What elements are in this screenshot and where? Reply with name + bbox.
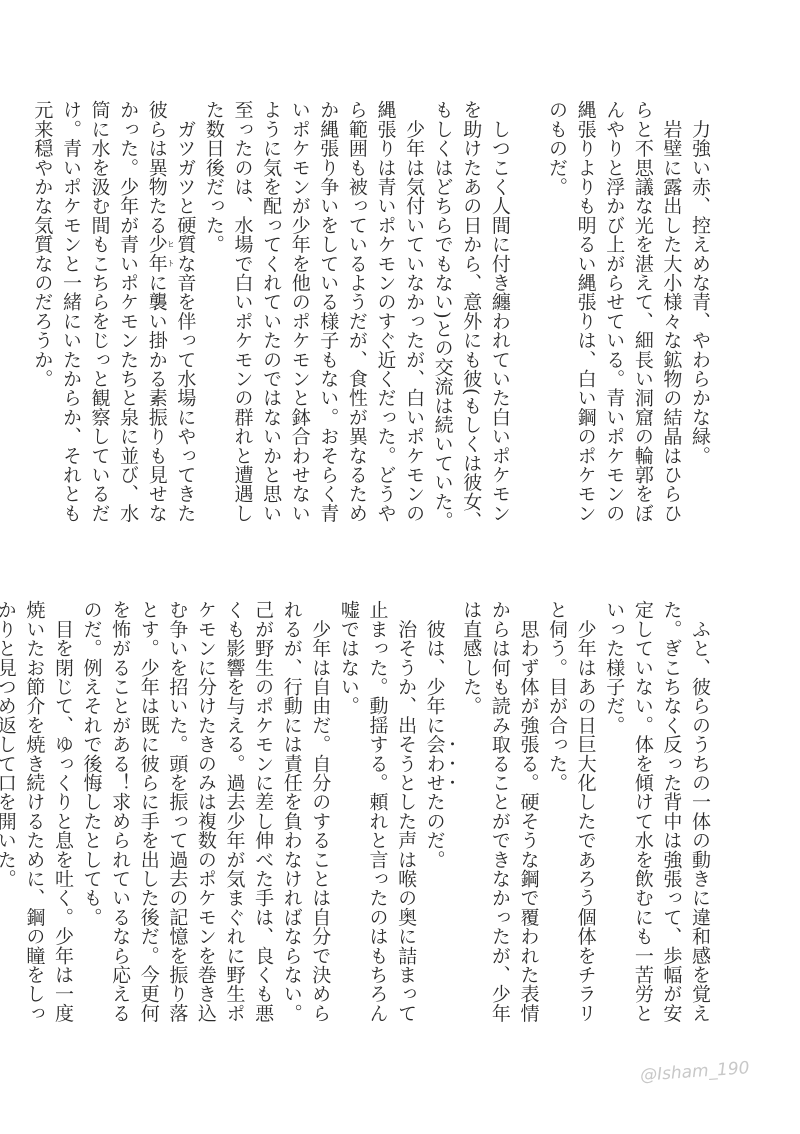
paragraph-with-emphasis: 彼は、少年に会わせたのだ。 [420, 600, 457, 1040]
paragraph: 岩壁に露出した大小様々な鉱物の結晶はひらひらと不思議な光を湛えて、細長い洞窟の輪… [542, 100, 685, 540]
text-segment: たのだ。 [424, 792, 446, 869]
text-segment: 彼は、少年に [424, 600, 446, 734]
text-block-bottom: ふと、彼らのうちの一体の動きに違和感を覚えた。ぎこちなく反った背中は強張って、歩… [104, 600, 714, 1040]
paragraph: 力強い赤、控えめな青、やわらかな緑。 [685, 100, 714, 540]
paragraph: 少年は自由だ。自分のすることは自分で決められるが、行動には責任を負わなければなら… [77, 600, 334, 1040]
paragraph: ふと、彼らのうちの一体の動きに違和感を覚えた。ぎこちなく反った背中は強張って、歩… [600, 600, 714, 1040]
paragraph: 思わず体が強張る。硬そうな鋼で覆われた表情からは何も読み取ることができなかったが… [457, 600, 543, 1040]
text-block-top: 力強い赤、控えめな青、やわらかな緑。 岩壁に露出した大小様々な鉱物の結晶はひらひ… [104, 100, 714, 540]
blank-line [514, 100, 543, 540]
paragraph: しつこく人間に付き纏われていた白いポケモンを助けたあの日から、意外にも彼(もしく… [428, 100, 514, 540]
ruby-reading: ヒト [166, 234, 175, 272]
author-signature: @Isham_190 [639, 1058, 750, 1086]
ruby-base: 少年 [146, 234, 168, 272]
paragraph: 目を閉じて、ゆっくりと息を吐く。少年は一度焼いたお節介を焼き続けるために、鋼の瞳… [0, 600, 77, 1040]
paragraph: 治そうか、出そうとした声は喉の奥に詰まって止まった。動揺する。頼れと言ったのはも… [334, 600, 420, 1040]
paragraph: 少年はあの日巨大化したであろう個体をチラリと伺う。目が合った。 [542, 600, 599, 1040]
ruby-annotation: 少年ヒト [146, 234, 168, 272]
manuscript-page: 力強い赤、控えめな青、やわらかな緑。 岩壁に露出した大小様々な鉱物の結晶はひらひ… [0, 0, 800, 1134]
emphasis-dots: 会わせ [424, 734, 446, 792]
paragraph-with-ruby: ガツガツと硬質な音を伴って水場にやってきた彼らは異物たる少年ヒトに襲い掛かる素振… [28, 100, 200, 540]
paragraph: 少年は気付いていなかったが、白いポケモンの縄張りは青いポケモンのすぐ近くだった。… [199, 100, 428, 540]
